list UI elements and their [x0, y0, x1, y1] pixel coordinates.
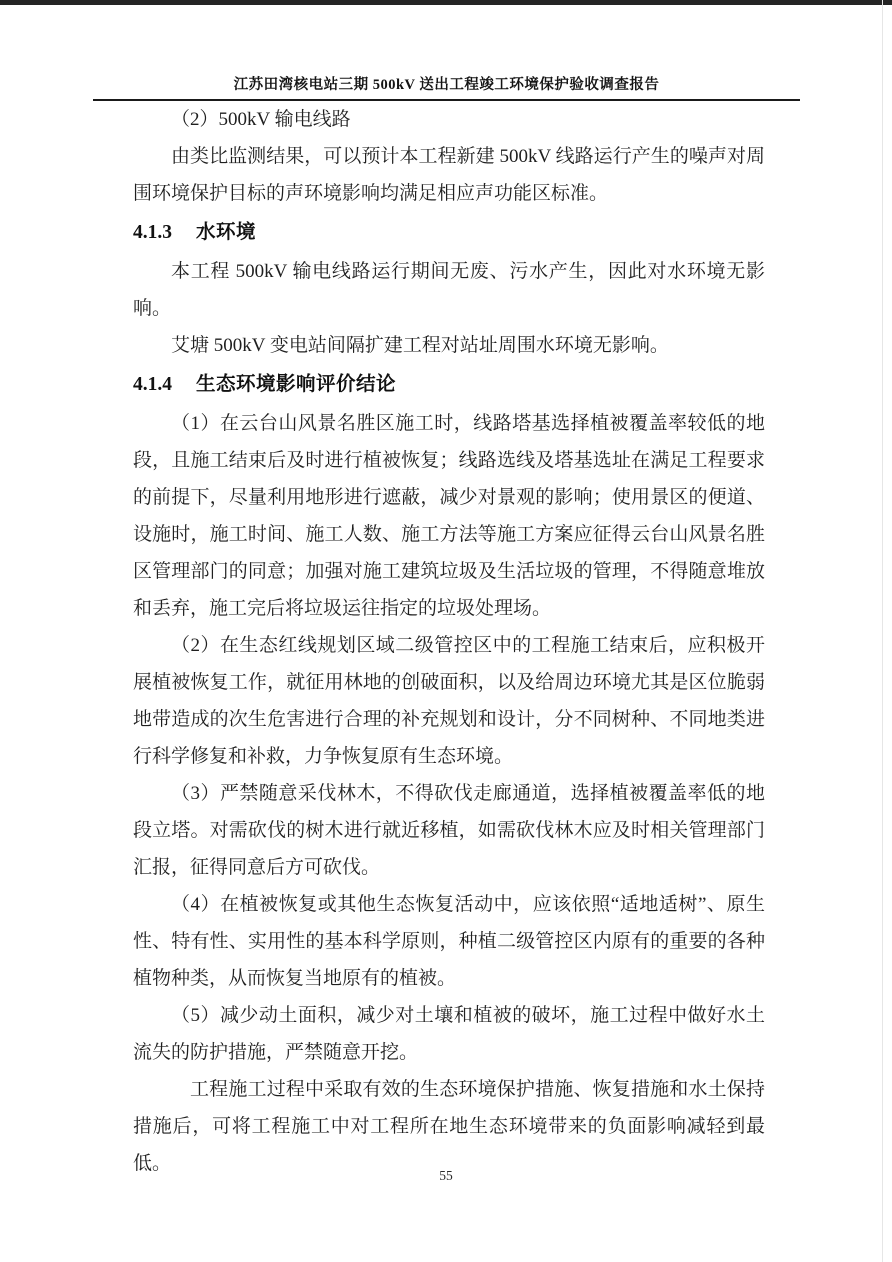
section-number: 4.1.4 [133, 366, 196, 404]
section-number: 4.1.3 [133, 214, 196, 252]
paragraph: （3）严禁随意采伐林木，不得砍伐走廊通道，选择植被覆盖率低的地段立塔。对需砍伐的… [133, 775, 765, 886]
paragraph: （2）在生态红线规划区域二级管控区中的工程施工结束后，应积极开展植被恢复工作，就… [133, 627, 765, 775]
section-title: 生态环境影响评价结论 [196, 373, 396, 395]
paragraph: 艾塘 500kV 变电站间隔扩建工程对站址周围水环境无影响。 [133, 327, 765, 364]
paragraph: 由类比监测结果，可以预计本工程新建 500kV 线路运行产生的噪声对周围环境保护… [133, 138, 765, 212]
paragraph: （5）减少动土面积，减少对土壤和植被的破坏，施工过程中做好水土流失的防护措施，严… [133, 997, 765, 1071]
section-heading: 4.1.3水环境 [133, 213, 765, 252]
document-page: { "page": { "header": "江苏田湾核电站三期 500kV 送… [0, 0, 892, 1262]
paragraph: 本工程 500kV 输电线路运行期间无废、污水产生，因此对水环境无影响。 [133, 253, 765, 327]
scan-top-edge-artifact [0, 0, 892, 5]
paragraph: （2）500kV 输电线路 [133, 101, 765, 138]
section-title: 水环境 [196, 221, 256, 243]
running-header: 江苏田湾核电站三期 500kV 送出工程竣工环境保护验收调查报告 [93, 73, 800, 94]
scan-right-edge-artifact [882, 0, 883, 1262]
paragraph: （1）在云台山风景名胜区施工时，线路塔基选择植被覆盖率较低的地段，且施工结束后及… [133, 405, 765, 627]
paragraph: 工程施工过程中采取有效的生态环境保护措施、恢复措施和水土保持措施后，可将工程施工… [133, 1071, 765, 1182]
section-heading: 4.1.4生态环境影响评价结论 [133, 365, 765, 404]
document-body: （2）500kV 输电线路由类比监测结果，可以预计本工程新建 500kV 线路运… [133, 101, 765, 1182]
paragraph: （4）在植被恢复或其他生态恢复活动中，应该依照“适地适树”、原生性、特有性、实用… [133, 886, 765, 997]
page-number: 55 [0, 1168, 892, 1184]
